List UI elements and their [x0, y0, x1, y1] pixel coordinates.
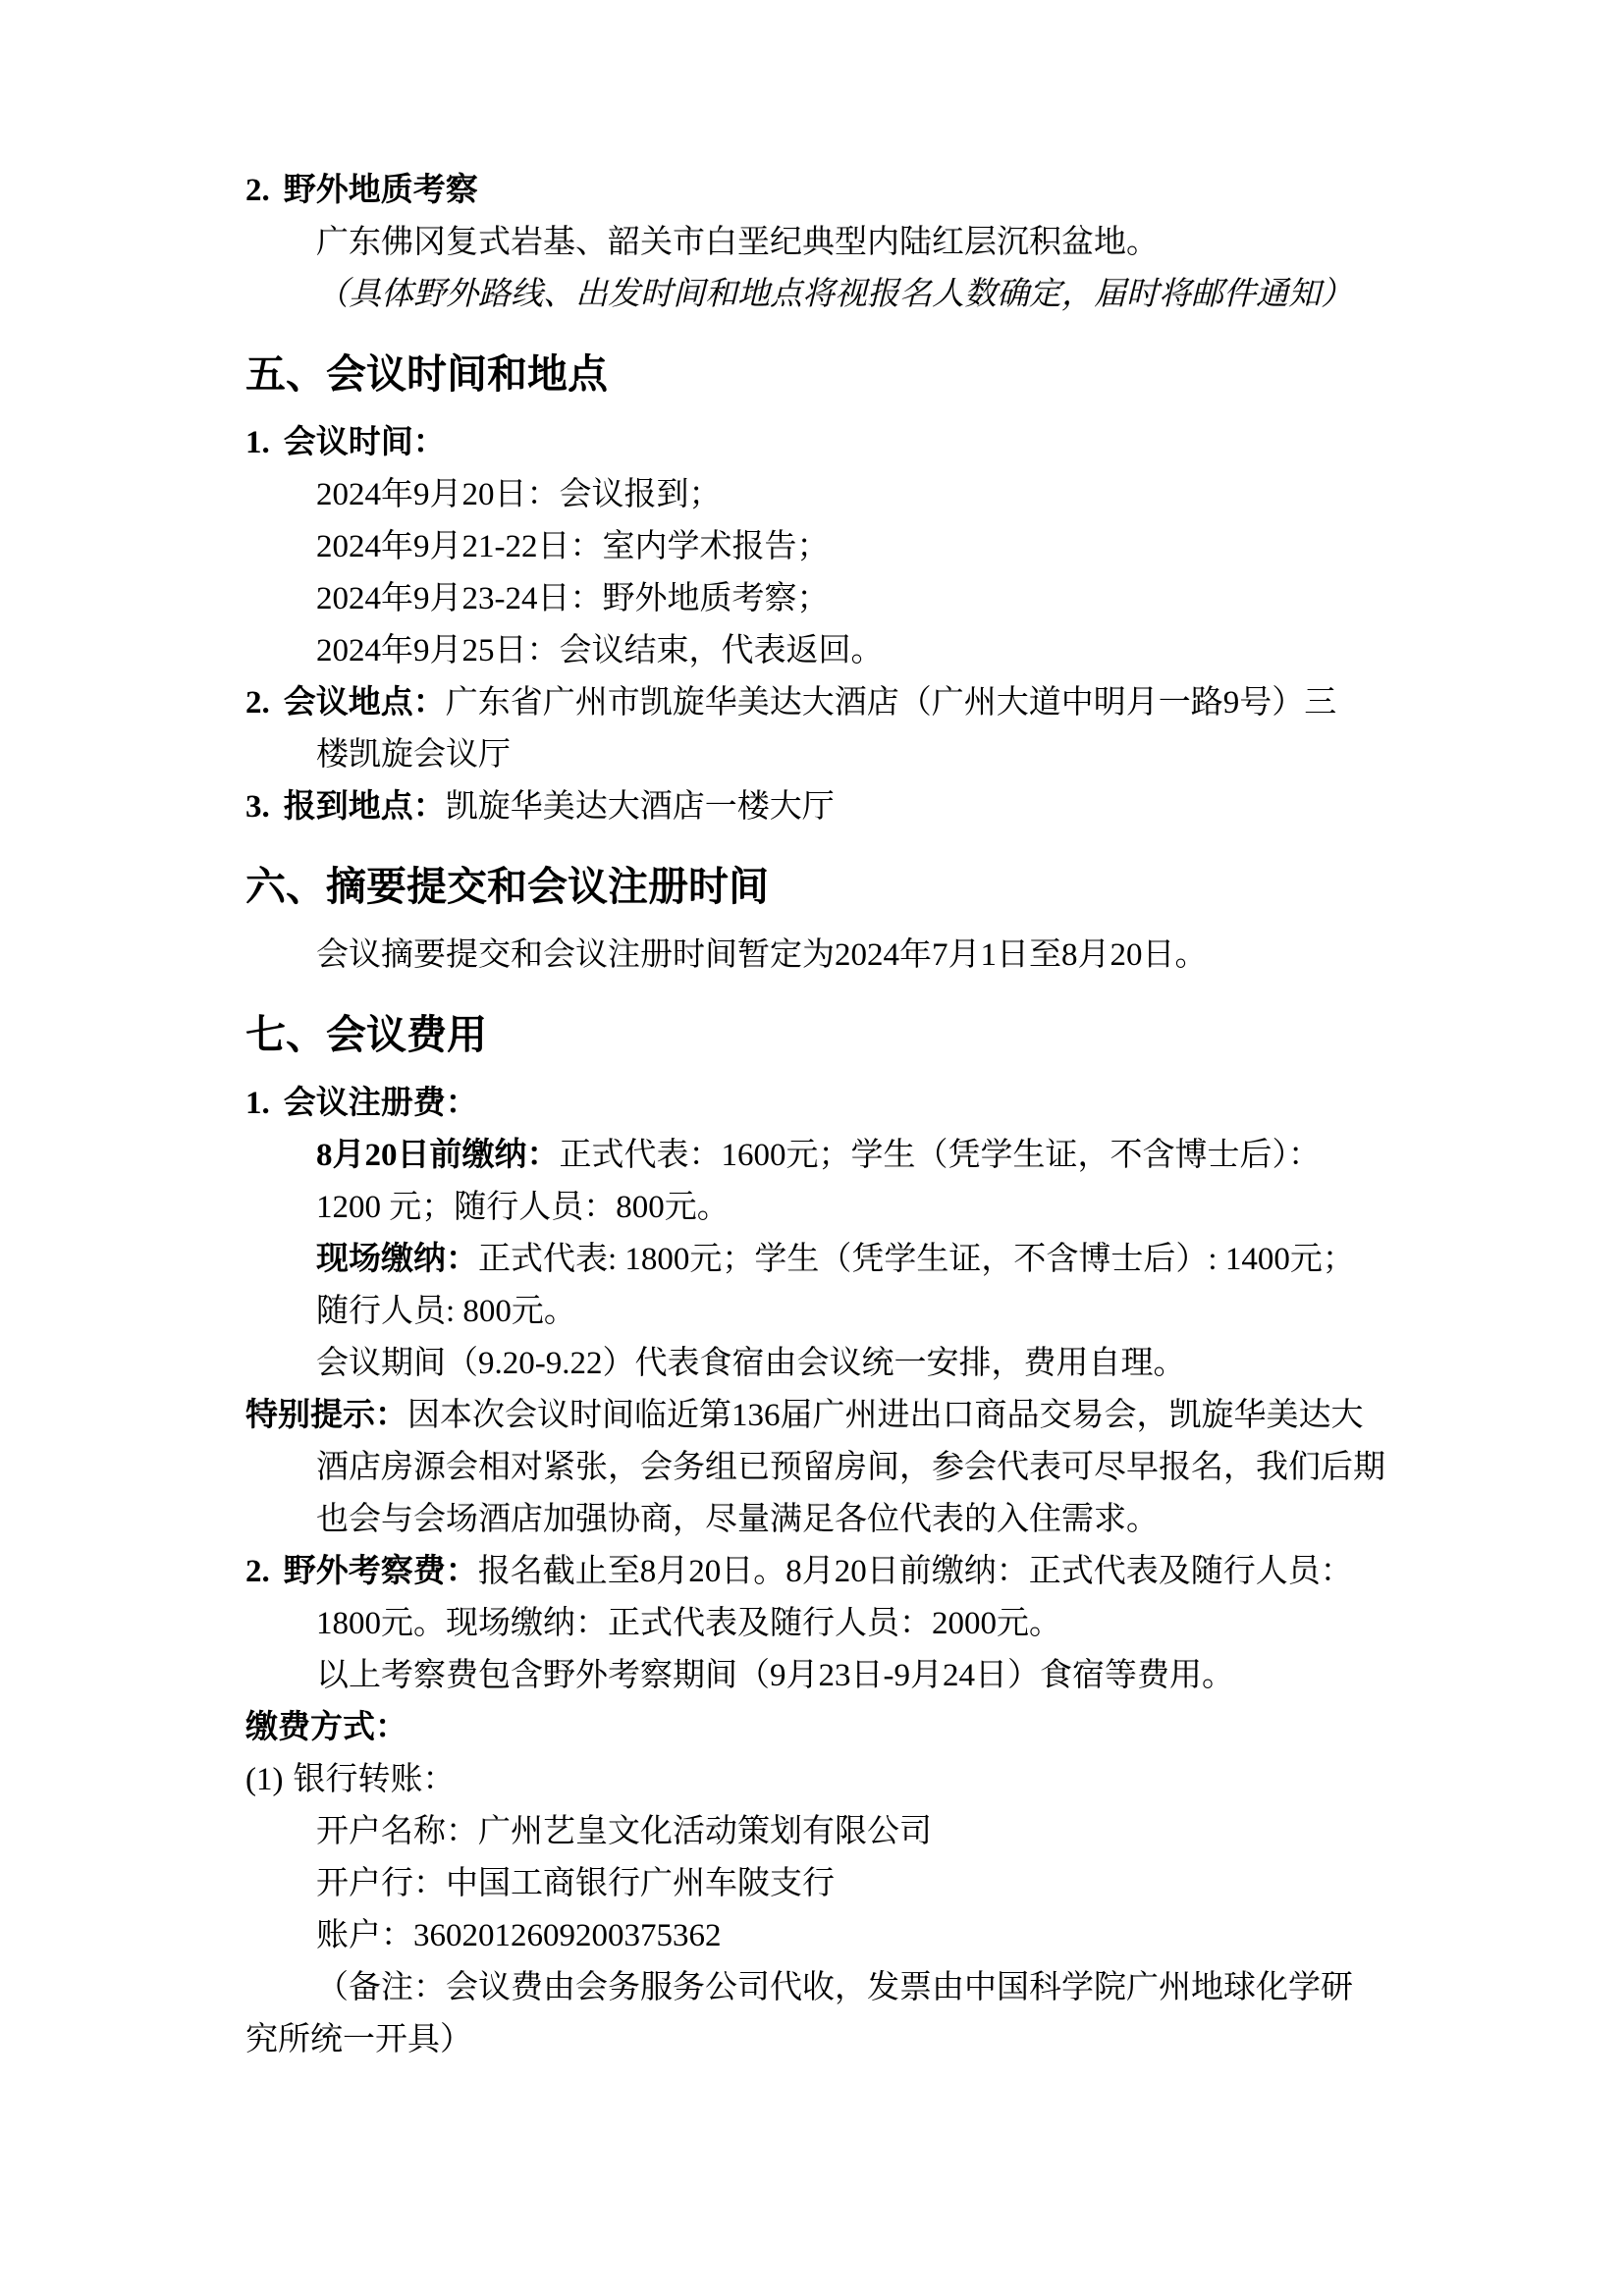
onsite-payment-line2: 随行人员: 800元。: [245, 1286, 1434, 1338]
bank-transfer-line: (1)银行转账：: [245, 1754, 1434, 1806]
account-number: 账户：3602012609200375362: [245, 1910, 1434, 1962]
checkin-item-text: 凯旋华美达大酒店一楼大厅: [446, 789, 835, 825]
section5-heading: 五、会议时间和地点: [245, 345, 1434, 403]
early-payment-line1: 8月20日前缴纳：正式代表：1600元；学生（凭学生证，不含博士后）：: [245, 1130, 1434, 1182]
payment-method-label: 缴费方式：: [245, 1702, 1434, 1754]
field-trip-item-marker: 2.: [245, 173, 270, 208]
schedule-line-2: 2024年9月21-22日：室内学术报告；: [245, 521, 1434, 573]
checkin-item-marker: 3.: [245, 789, 270, 825]
remark-line1: （备注：会议费由会务服务公司代收，发票由中国科学院广州地球化学研: [245, 1962, 1434, 2014]
special-notice-line1: 特别提示：因本次会议时间临近第136届广州进出口商品交易会，凯旋华美达大: [245, 1390, 1434, 1442]
fieldtrip-fee-text3: 以上考察费包含野外考察期间（9月23日-9月24日）食宿等费用。: [245, 1650, 1434, 1702]
onsite-payment-line1: 现场缴纳：正式代表: 1800元；学生（凭学生证，不含博士后）: 1400元；: [245, 1234, 1434, 1286]
early-payment-line2: 1200 元；随行人员：800元。: [245, 1182, 1434, 1234]
venue-item-text1: 广东省广州市凯旋华美达大酒店（广州大道中明月一路9号）三: [446, 685, 1337, 721]
special-notice-label: 特别提示：: [245, 1398, 407, 1433]
venue-item-label: 会议地点：: [284, 685, 446, 721]
field-trip-item-note: （具体野外路线、出发时间和地点将视报名人数确定，届时将邮件通知）: [245, 269, 1434, 321]
fieldtrip-fee-text2: 1800元。现场缴纳：正式代表及随行人员：2000元。: [245, 1598, 1434, 1650]
time-item-marker: 1.: [245, 425, 270, 460]
registration-item-line: 1.会议注册费：: [245, 1078, 1434, 1130]
early-payment-text1: 正式代表：1600元；学生（凭学生证，不含博士后）：: [560, 1138, 1322, 1173]
document-page: 2.野外地质考察 广东佛冈复式岩基、韶关市白垩纪典型内陆红层沉积盆地。 （具体野…: [0, 0, 1624, 2296]
special-notice-text3: 也会与会场酒店加强协商，尽量满足各位代表的入住需求。: [245, 1494, 1434, 1546]
bank-transfer-label: 银行转账：: [293, 1762, 455, 1797]
onsite-payment-label: 现场缴纳：: [316, 1242, 478, 1277]
field-trip-item-title: 野外地质考察: [284, 173, 478, 208]
checkin-item-label: 报到地点：: [284, 789, 446, 825]
checkin-item-line: 3.报到地点：凯旋华美达大酒店一楼大厅: [245, 781, 1434, 833]
schedule-line-4: 2024年9月25日：会议结束，代表返回。: [245, 625, 1434, 677]
time-item-label: 会议时间：: [284, 425, 446, 460]
bank-transfer-marker: (1): [245, 1762, 283, 1797]
bank-branch: 开户行：中国工商银行广州车陂支行: [245, 1858, 1434, 1910]
registration-item-marker: 1.: [245, 1086, 270, 1121]
schedule-line-1: 2024年9月20日：会议报到；: [245, 469, 1434, 521]
special-notice-text2: 酒店房源会相对紧张，会务组已预留房间，参会代表可尽早报名，我们后期: [245, 1442, 1434, 1494]
venue-item-marker: 2.: [245, 685, 270, 721]
registration-item-label: 会议注册费：: [284, 1086, 478, 1121]
section6-heading: 六、摘要提交和会议注册时间: [245, 857, 1434, 916]
venue-item-text2: 楼凯旋会议厅: [245, 729, 1434, 781]
early-payment-label: 8月20日前缴纳：: [316, 1138, 560, 1173]
field-trip-item-body: 广东佛冈复式岩基、韶关市白垩纪典型内陆红层沉积盆地。: [245, 217, 1434, 269]
fieldtrip-fee-text1: 报名截止至8月20日。8月20日前缴纳：正式代表及随行人员：: [478, 1554, 1353, 1589]
account-name: 开户名称：广州艺皇文化活动策划有限公司: [245, 1806, 1434, 1858]
document-content: 2.野外地质考察 广东佛冈复式岩基、韶关市白垩纪典型内陆红层沉积盆地。 （具体野…: [245, 165, 1434, 2066]
special-notice-text1: 因本次会议时间临近第136届广州进出口商品交易会，凯旋华美达大: [407, 1398, 1364, 1433]
fieldtrip-fee-line1: 2.野外考察费：报名截止至8月20日。8月20日前缴纳：正式代表及随行人员：: [245, 1546, 1434, 1598]
schedule-line-3: 2024年9月23-24日：野外地质考察；: [245, 573, 1434, 625]
field-trip-item-title-line: 2.野外地质考察: [245, 165, 1434, 217]
fieldtrip-fee-label: 野外考察费：: [284, 1554, 478, 1589]
venue-item-line1: 2.会议地点：广东省广州市凯旋华美达大酒店（广州大道中明月一路9号）三: [245, 677, 1434, 729]
fieldtrip-fee-marker: 2.: [245, 1554, 270, 1589]
remark-line2: 究所统一开具）: [245, 2014, 1434, 2066]
onsite-payment-text1: 正式代表: 1800元；学生（凭学生证，不含博士后）: 1400元；: [478, 1242, 1355, 1277]
board-note: 会议期间（9.20-9.22）代表食宿由会议统一安排，费用自理。: [245, 1338, 1434, 1390]
section6-body: 会议摘要提交和会议注册时间暂定为2024年7月1日至8月20日。: [245, 930, 1434, 982]
section7-heading: 七、会议费用: [245, 1005, 1434, 1064]
time-item-line: 1.会议时间：: [245, 417, 1434, 469]
